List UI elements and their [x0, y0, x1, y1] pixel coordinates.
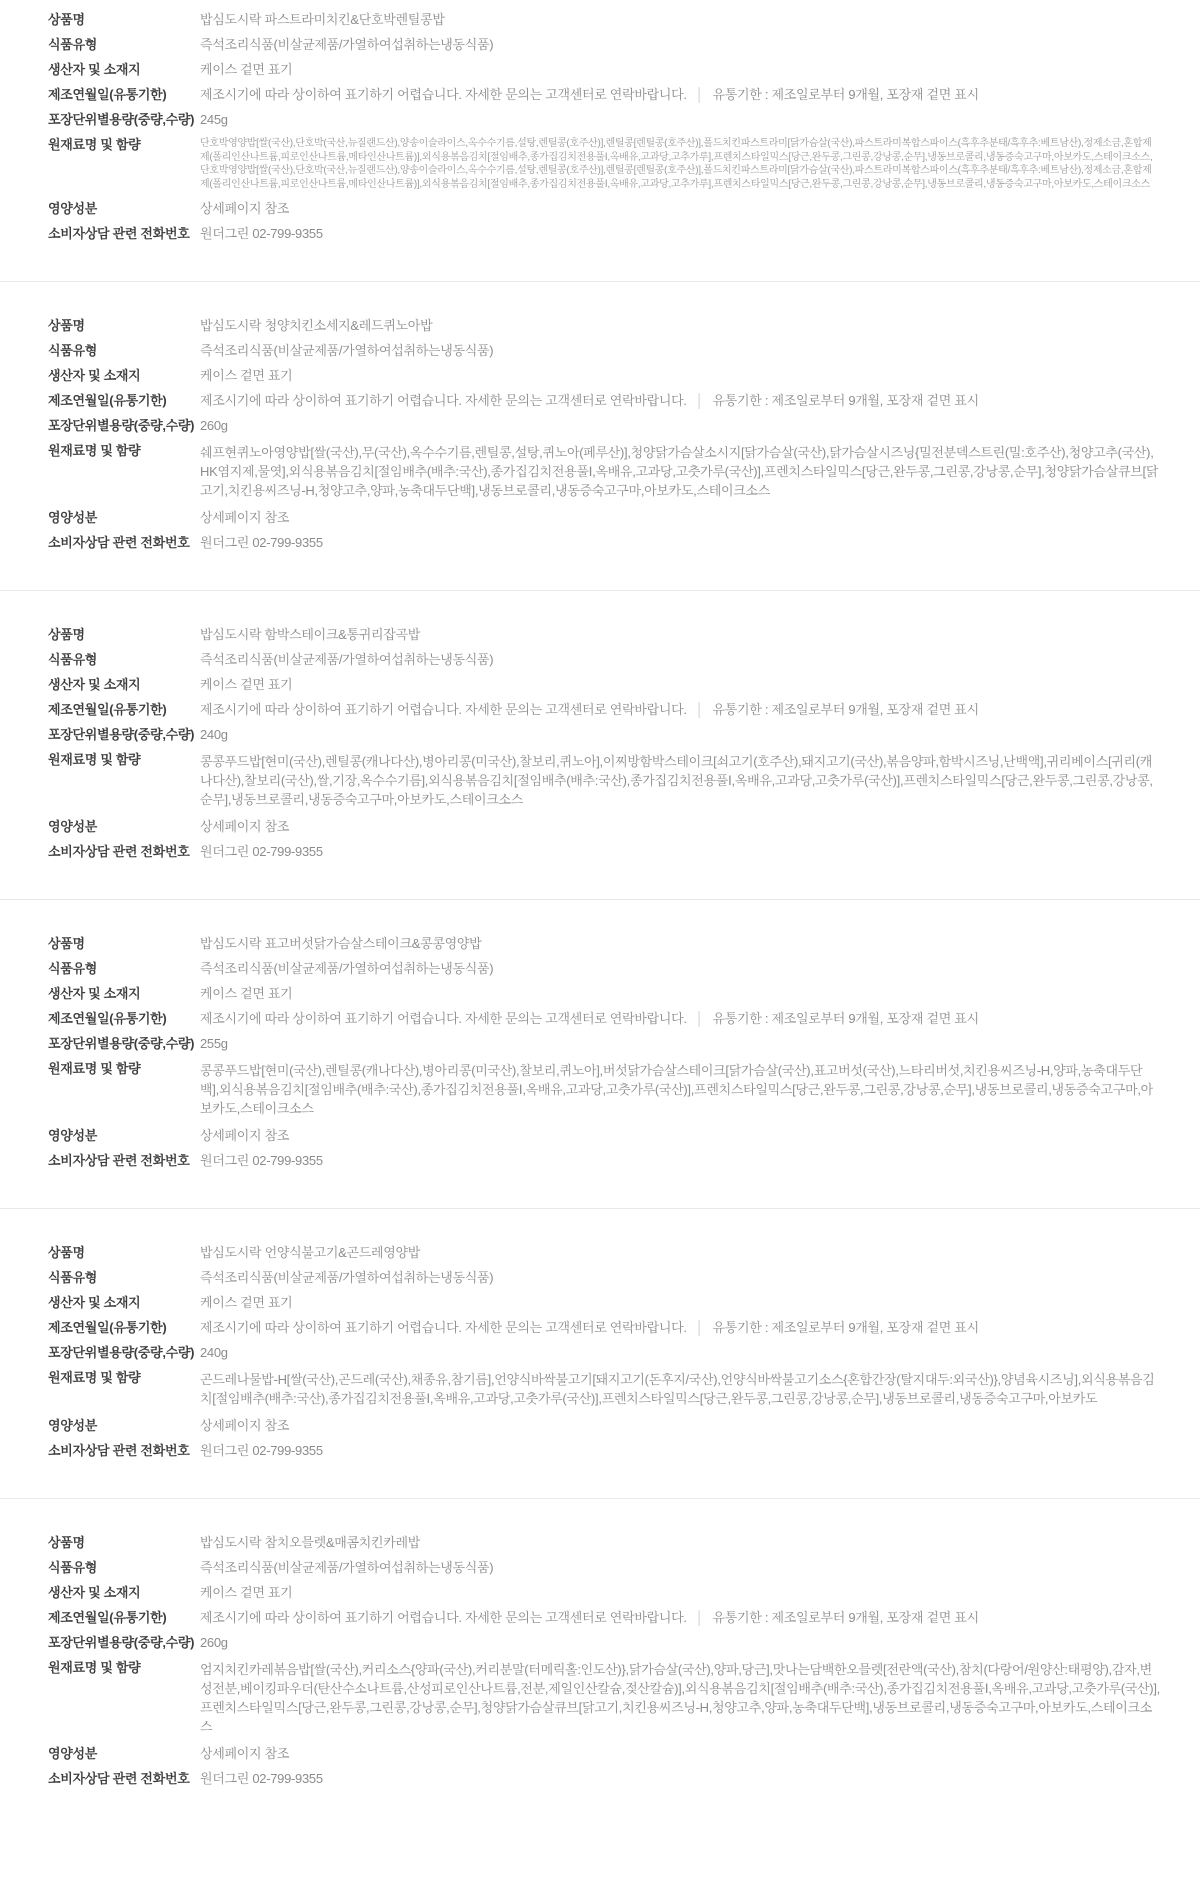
food-type-value: 즉석조리식품(비살균제품/가열하여섭취하는냉동식품) — [200, 652, 1160, 667]
vertical-bar-divider: │ — [696, 393, 704, 408]
ingredients-value: 콩콩푸드밥[현미(국산),렌틸콩(캐나다산),병아리콩(미국산),찰보리,퀴노아… — [200, 1061, 1160, 1118]
spec-row-producer: 생산자 및 소재지 케이스 겉면 표기 — [48, 677, 1160, 692]
spec-label-consumer-phone: 소비자상담 관련 전화번호 — [48, 844, 200, 859]
spec-row-mfg-date: 제조연월일(유통기한) 제조시기에 따라 상이하여 표기하기 어렵습니다. 자세… — [48, 1610, 1160, 1625]
spec-label-producer: 생산자 및 소재지 — [48, 1585, 200, 1600]
spec-label-nutrition: 영양성분 — [48, 819, 200, 834]
spec-label-food-type: 식품유형 — [48, 961, 200, 976]
spec-label-ingredients: 원재료명 및 함량 — [48, 137, 200, 152]
spec-row-mfg-date: 제조연월일(유통기한) 제조시기에 따라 상이하여 표기하기 어렵습니다. 자세… — [48, 393, 1160, 408]
spec-row-product-name: 상품명 밥심도시락 함박스테이크&통귀리잡곡밥 — [48, 627, 1160, 642]
food-type-value: 즉석조리식품(비살균제품/가열하여섭취하는냉동식품) — [200, 1270, 1160, 1285]
package-size-value: 240g — [200, 1345, 1160, 1360]
product-sections: 상품명 밥심도시락 파스트라미치킨&단호박렌틸콩밥 식품유형 즉석조리식품(비살… — [0, 0, 1200, 1826]
spec-row-ingredients: 원재료명 및 함량 단호박영양밥[쌀(국산),단호박(국산,뉴질랜드산),양송이… — [48, 137, 1160, 191]
mfg-date-notice: 제조시기에 따라 상이하여 표기하기 어렵습니다. 자세한 문의는 고객센터로 … — [200, 1011, 687, 1026]
spec-label-package-size: 포장단위별용량(중량,수량) — [48, 1036, 200, 1051]
mfg-date-notice: 제조시기에 따라 상이하여 표기하기 어렵습니다. 자세한 문의는 고객센터로 … — [200, 1610, 687, 1625]
package-size-value: 260g — [200, 418, 1160, 433]
nutrition-value: 상세페이지 참조 — [200, 819, 1160, 834]
spec-label-ingredients: 원재료명 및 함량 — [48, 1370, 200, 1385]
product-spec-section: 상품명 밥심도시락 언양식불고기&곤드레영양밥 식품유형 즉석조리식품(비살균제… — [0, 1208, 1200, 1498]
consumer-phone-value: 원더그린 02-799-9355 — [200, 1153, 1160, 1168]
spec-label-food-type: 식품유형 — [48, 652, 200, 667]
spec-row-package-size: 포장단위별용량(중량,수량) 255g — [48, 1036, 1160, 1051]
spec-row-nutrition: 영양성분 상세페이지 참조 — [48, 819, 1160, 834]
ingredients-value: 곤드레나물밥-H[쌀(국산),곤드레(국산),채종유,참기름],언양식바싹불고기… — [200, 1370, 1160, 1408]
mfg-date-value: 제조시기에 따라 상이하여 표기하기 어렵습니다. 자세한 문의는 고객센터로 … — [200, 1011, 1160, 1026]
ingredients-value: 엄지치킨카레볶음밥[쌀(국산),커리소스{양파(국산),커리분말(터메릭홀:인도… — [200, 1660, 1160, 1736]
shelf-life-text: 유통기한 : 제조일로부터 9개월, 포장재 겉면 표시 — [713, 87, 979, 102]
spec-row-food-type: 식품유형 즉석조리식품(비살균제품/가열하여섭취하는냉동식품) — [48, 961, 1160, 976]
producer-value: 케이스 겉면 표기 — [200, 677, 1160, 692]
vertical-bar-divider: │ — [696, 1011, 704, 1026]
vertical-bar-divider: │ — [696, 87, 704, 102]
spec-label-nutrition: 영양성분 — [48, 1128, 200, 1143]
package-size-value: 240g — [200, 727, 1160, 742]
spec-label-nutrition: 영양성분 — [48, 1746, 200, 1761]
product-name-value: 밥심도시락 참치오믈렛&매콤치킨카레밥 — [200, 1535, 1160, 1550]
mfg-date-value: 제조시기에 따라 상이하여 표기하기 어렵습니다. 자세한 문의는 고객센터로 … — [200, 1320, 1160, 1335]
spec-label-consumer-phone: 소비자상담 관련 전화번호 — [48, 226, 200, 241]
spec-row-package-size: 포장단위별용량(중량,수량) 240g — [48, 727, 1160, 742]
spec-row-food-type: 식품유형 즉석조리식품(비살균제품/가열하여섭취하는냉동식품) — [48, 37, 1160, 52]
product-spec-section: 상품명 밥심도시락 청양치킨소세지&레드퀴노아밥 식품유형 즉석조리식품(비살균… — [0, 281, 1200, 590]
nutrition-value: 상세페이지 참조 — [200, 1746, 1160, 1761]
spec-row-product-name: 상품명 밥심도시락 참치오믈렛&매콤치킨카레밥 — [48, 1535, 1160, 1550]
spec-label-mfg-date: 제조연월일(유통기한) — [48, 1610, 200, 1625]
product-spec-section: 상품명 밥심도시락 함박스테이크&통귀리잡곡밥 식품유형 즉석조리식품(비살균제… — [0, 590, 1200, 899]
spec-label-mfg-date: 제조연월일(유통기한) — [48, 87, 200, 102]
spec-label-ingredients: 원재료명 및 함량 — [48, 443, 200, 458]
spec-label-package-size: 포장단위별용량(중량,수량) — [48, 727, 200, 742]
spec-label-consumer-phone: 소비자상담 관련 전화번호 — [48, 1153, 200, 1168]
spec-row-product-name: 상품명 밥심도시락 청양치킨소세지&레드퀴노아밥 — [48, 318, 1160, 333]
spec-label-product-name: 상품명 — [48, 627, 200, 642]
spec-row-mfg-date: 제조연월일(유통기한) 제조시기에 따라 상이하여 표기하기 어렵습니다. 자세… — [48, 1011, 1160, 1026]
spec-row-ingredients: 원재료명 및 함량 쉐프현퀴노아영양밥[쌀(국산),무(국산),옥수수기름,렌틸… — [48, 443, 1160, 500]
spec-row-package-size: 포장단위별용량(중량,수량) 245g — [48, 112, 1160, 127]
spec-row-food-type: 식품유형 즉석조리식품(비살균제품/가열하여섭취하는냉동식품) — [48, 343, 1160, 358]
spec-label-ingredients: 원재료명 및 함량 — [48, 1061, 200, 1076]
spec-row-mfg-date: 제조연월일(유통기한) 제조시기에 따라 상이하여 표기하기 어렵습니다. 자세… — [48, 702, 1160, 717]
shelf-life-text: 유통기한 : 제조일로부터 9개월, 포장재 겉면 표시 — [713, 1610, 979, 1625]
product-name-value: 밥심도시락 표고버섯닭가슴살스테이크&콩콩영양밥 — [200, 936, 1160, 951]
mfg-date-value: 제조시기에 따라 상이하여 표기하기 어렵습니다. 자세한 문의는 고객센터로 … — [200, 87, 1160, 102]
spec-label-producer: 생산자 및 소재지 — [48, 368, 200, 383]
spec-row-product-name: 상품명 밥심도시락 파스트라미치킨&단호박렌틸콩밥 — [48, 12, 1160, 27]
consumer-phone-value: 원더그린 02-799-9355 — [200, 1771, 1160, 1786]
product-name-value: 밥심도시락 청양치킨소세지&레드퀴노아밥 — [200, 318, 1160, 333]
spec-row-nutrition: 영양성분 상세페이지 참조 — [48, 510, 1160, 525]
mfg-date-notice: 제조시기에 따라 상이하여 표기하기 어렵습니다. 자세한 문의는 고객센터로 … — [200, 1320, 687, 1335]
spec-label-package-size: 포장단위별용량(중량,수량) — [48, 112, 200, 127]
spec-row-food-type: 식품유형 즉석조리식품(비살균제품/가열하여섭취하는냉동식품) — [48, 1560, 1160, 1575]
spec-label-product-name: 상품명 — [48, 1535, 200, 1550]
spec-label-nutrition: 영양성분 — [48, 1418, 200, 1433]
consumer-phone-value: 원더그린 02-799-9355 — [200, 1443, 1160, 1458]
spec-label-consumer-phone: 소비자상담 관련 전화번호 — [48, 535, 200, 550]
consumer-phone-value: 원더그린 02-799-9355 — [200, 535, 1160, 550]
spec-row-mfg-date: 제조연월일(유통기한) 제조시기에 따라 상이하여 표기하기 어렵습니다. 자세… — [48, 1320, 1160, 1335]
spec-label-mfg-date: 제조연월일(유통기한) — [48, 1011, 200, 1026]
food-type-value: 즉석조리식품(비살균제품/가열하여섭취하는냉동식품) — [200, 961, 1160, 976]
producer-value: 케이스 겉면 표기 — [200, 1585, 1160, 1600]
ingredients-value: 콩콩푸드밥[현미(국산),렌틸콩(캐나다산),병아리콩(미국산),찰보리,퀴노아… — [200, 752, 1160, 809]
spec-row-producer: 생산자 및 소재지 케이스 겉면 표기 — [48, 1295, 1160, 1310]
ingredients-value: 쉐프현퀴노아영양밥[쌀(국산),무(국산),옥수수기름,렌틸콩,설탕,퀴노아(페… — [200, 443, 1160, 500]
spec-row-package-size: 포장단위별용량(중량,수량) 240g — [48, 1345, 1160, 1360]
spec-row-package-size: 포장단위별용량(중량,수량) 260g — [48, 1635, 1160, 1650]
mfg-date-notice: 제조시기에 따라 상이하여 표기하기 어렵습니다. 자세한 문의는 고객센터로 … — [200, 702, 687, 717]
mfg-date-notice: 제조시기에 따라 상이하여 표기하기 어렵습니다. 자세한 문의는 고객센터로 … — [200, 393, 687, 408]
product-spec-section: 상품명 밥심도시락 표고버섯닭가슴살스테이크&콩콩영양밥 식품유형 즉석조리식품… — [0, 899, 1200, 1208]
spec-label-consumer-phone: 소비자상담 관련 전화번호 — [48, 1771, 200, 1786]
package-size-value: 255g — [200, 1036, 1160, 1051]
package-size-value: 245g — [200, 112, 1160, 127]
product-spec-section: 상품명 밥심도시락 파스트라미치킨&단호박렌틸콩밥 식품유형 즉석조리식품(비살… — [0, 0, 1200, 281]
spec-label-producer: 생산자 및 소재지 — [48, 62, 200, 77]
spec-row-consumer-phone: 소비자상담 관련 전화번호 원더그린 02-799-9355 — [48, 535, 1160, 550]
spec-label-food-type: 식품유형 — [48, 1560, 200, 1575]
spec-row-nutrition: 영양성분 상세페이지 참조 — [48, 1418, 1160, 1433]
food-type-value: 즉석조리식품(비살균제품/가열하여섭취하는냉동식품) — [200, 1560, 1160, 1575]
spec-label-food-type: 식품유형 — [48, 343, 200, 358]
spec-label-product-name: 상품명 — [48, 936, 200, 951]
spec-row-product-name: 상품명 밥심도시락 표고버섯닭가슴살스테이크&콩콩영양밥 — [48, 936, 1160, 951]
spec-row-nutrition: 영양성분 상세페이지 참조 — [48, 201, 1160, 216]
spec-row-producer: 생산자 및 소재지 케이스 겉면 표기 — [48, 1585, 1160, 1600]
spec-row-nutrition: 영양성분 상세페이지 참조 — [48, 1128, 1160, 1143]
producer-value: 케이스 겉면 표기 — [200, 986, 1160, 1001]
spec-row-nutrition: 영양성분 상세페이지 참조 — [48, 1746, 1160, 1761]
spec-row-consumer-phone: 소비자상담 관련 전화번호 원더그린 02-799-9355 — [48, 1771, 1160, 1786]
mfg-date-value: 제조시기에 따라 상이하여 표기하기 어렵습니다. 자세한 문의는 고객센터로 … — [200, 1610, 1160, 1625]
spec-row-food-type: 식품유형 즉석조리식품(비살균제품/가열하여섭취하는냉동식품) — [48, 652, 1160, 667]
spec-label-producer: 생산자 및 소재지 — [48, 677, 200, 692]
spec-label-mfg-date: 제조연월일(유통기한) — [48, 702, 200, 717]
ingredients-value: 단호박영양밥[쌀(국산),단호박(국산,뉴질랜드산),양송이슬라이스,옥수수기름… — [200, 137, 1160, 191]
vertical-bar-divider: │ — [696, 1610, 704, 1625]
spec-row-ingredients: 원재료명 및 함량 콩콩푸드밥[현미(국산),렌틸콩(캐나다산),병아리콩(미국… — [48, 752, 1160, 809]
nutrition-value: 상세페이지 참조 — [200, 510, 1160, 525]
product-name-value: 밥심도시락 함박스테이크&통귀리잡곡밥 — [200, 627, 1160, 642]
spec-label-food-type: 식품유형 — [48, 37, 200, 52]
spec-label-nutrition: 영양성분 — [48, 201, 200, 216]
package-size-value: 260g — [200, 1635, 1160, 1650]
vertical-bar-divider: │ — [696, 1320, 704, 1335]
product-name-value: 밥심도시락 언양식불고기&곤드레영양밥 — [200, 1245, 1160, 1260]
spec-row-ingredients: 원재료명 및 함량 엄지치킨카레볶음밥[쌀(국산),커리소스{양파(국산),커리… — [48, 1660, 1160, 1736]
spec-row-consumer-phone: 소비자상담 관련 전화번호 원더그린 02-799-9355 — [48, 1443, 1160, 1458]
spec-row-ingredients: 원재료명 및 함량 곤드레나물밥-H[쌀(국산),곤드레(국산),채종유,참기름… — [48, 1370, 1160, 1408]
mfg-date-value: 제조시기에 따라 상이하여 표기하기 어렵습니다. 자세한 문의는 고객센터로 … — [200, 702, 1160, 717]
spec-label-consumer-phone: 소비자상담 관련 전화번호 — [48, 1443, 200, 1458]
spec-row-consumer-phone: 소비자상담 관련 전화번호 원더그린 02-799-9355 — [48, 844, 1160, 859]
product-name-value: 밥심도시락 파스트라미치킨&단호박렌틸콩밥 — [200, 12, 1160, 27]
shelf-life-text: 유통기한 : 제조일로부터 9개월, 포장재 겉면 표시 — [713, 1320, 979, 1335]
spec-row-producer: 생산자 및 소재지 케이스 겉면 표기 — [48, 62, 1160, 77]
spec-row-package-size: 포장단위별용량(중량,수량) 260g — [48, 418, 1160, 433]
spec-row-mfg-date: 제조연월일(유통기한) 제조시기에 따라 상이하여 표기하기 어렵습니다. 자세… — [48, 87, 1160, 102]
spec-label-nutrition: 영양성분 — [48, 510, 200, 525]
producer-value: 케이스 겉면 표기 — [200, 368, 1160, 383]
spec-label-ingredients: 원재료명 및 함량 — [48, 752, 200, 767]
mfg-date-notice: 제조시기에 따라 상이하여 표기하기 어렵습니다. 자세한 문의는 고객센터로 … — [200, 87, 687, 102]
spec-label-producer: 생산자 및 소재지 — [48, 986, 200, 1001]
vertical-bar-divider: │ — [696, 702, 704, 717]
spec-label-package-size: 포장단위별용량(중량,수량) — [48, 1345, 200, 1360]
product-info-page: 상품명 밥심도시락 파스트라미치킨&단호박렌틸콩밥 식품유형 즉석조리식품(비살… — [0, 0, 1200, 1826]
spec-row-food-type: 식품유형 즉석조리식품(비살균제품/가열하여섭취하는냉동식품) — [48, 1270, 1160, 1285]
shelf-life-text: 유통기한 : 제조일로부터 9개월, 포장재 겉면 표시 — [713, 393, 979, 408]
spec-label-ingredients: 원재료명 및 함량 — [48, 1660, 200, 1675]
shelf-life-text: 유통기한 : 제조일로부터 9개월, 포장재 겉면 표시 — [713, 1011, 979, 1026]
food-type-value: 즉석조리식품(비살균제품/가열하여섭취하는냉동식품) — [200, 343, 1160, 358]
spec-label-product-name: 상품명 — [48, 318, 200, 333]
spec-label-product-name: 상품명 — [48, 1245, 200, 1260]
spec-label-product-name: 상품명 — [48, 12, 200, 27]
product-spec-section: 상품명 밥심도시락 참치오믈렛&매콤치킨카레밥 식품유형 즉석조리식품(비살균제… — [0, 1498, 1200, 1826]
spec-label-package-size: 포장단위별용량(중량,수량) — [48, 1635, 200, 1650]
nutrition-value: 상세페이지 참조 — [200, 201, 1160, 216]
nutrition-value: 상세페이지 참조 — [200, 1418, 1160, 1433]
shelf-life-text: 유통기한 : 제조일로부터 9개월, 포장재 겉면 표시 — [713, 702, 979, 717]
consumer-phone-value: 원더그린 02-799-9355 — [200, 226, 1160, 241]
spec-row-ingredients: 원재료명 및 함량 콩콩푸드밥[현미(국산),렌틸콩(캐나다산),병아리콩(미국… — [48, 1061, 1160, 1118]
spec-label-mfg-date: 제조연월일(유통기한) — [48, 393, 200, 408]
nutrition-value: 상세페이지 참조 — [200, 1128, 1160, 1143]
spec-row-producer: 생산자 및 소재지 케이스 겉면 표기 — [48, 368, 1160, 383]
consumer-phone-value: 원더그린 02-799-9355 — [200, 844, 1160, 859]
mfg-date-value: 제조시기에 따라 상이하여 표기하기 어렵습니다. 자세한 문의는 고객센터로 … — [200, 393, 1160, 408]
spec-row-product-name: 상품명 밥심도시락 언양식불고기&곤드레영양밥 — [48, 1245, 1160, 1260]
spec-label-producer: 생산자 및 소재지 — [48, 1295, 200, 1310]
spec-row-consumer-phone: 소비자상담 관련 전화번호 원더그린 02-799-9355 — [48, 1153, 1160, 1168]
producer-value: 케이스 겉면 표기 — [200, 1295, 1160, 1310]
spec-row-consumer-phone: 소비자상담 관련 전화번호 원더그린 02-799-9355 — [48, 226, 1160, 241]
spec-label-food-type: 식품유형 — [48, 1270, 200, 1285]
producer-value: 케이스 겉면 표기 — [200, 62, 1160, 77]
spec-label-mfg-date: 제조연월일(유통기한) — [48, 1320, 200, 1335]
spec-label-package-size: 포장단위별용량(중량,수량) — [48, 418, 200, 433]
spec-row-producer: 생산자 및 소재지 케이스 겉면 표기 — [48, 986, 1160, 1001]
food-type-value: 즉석조리식품(비살균제품/가열하여섭취하는냉동식품) — [200, 37, 1160, 52]
